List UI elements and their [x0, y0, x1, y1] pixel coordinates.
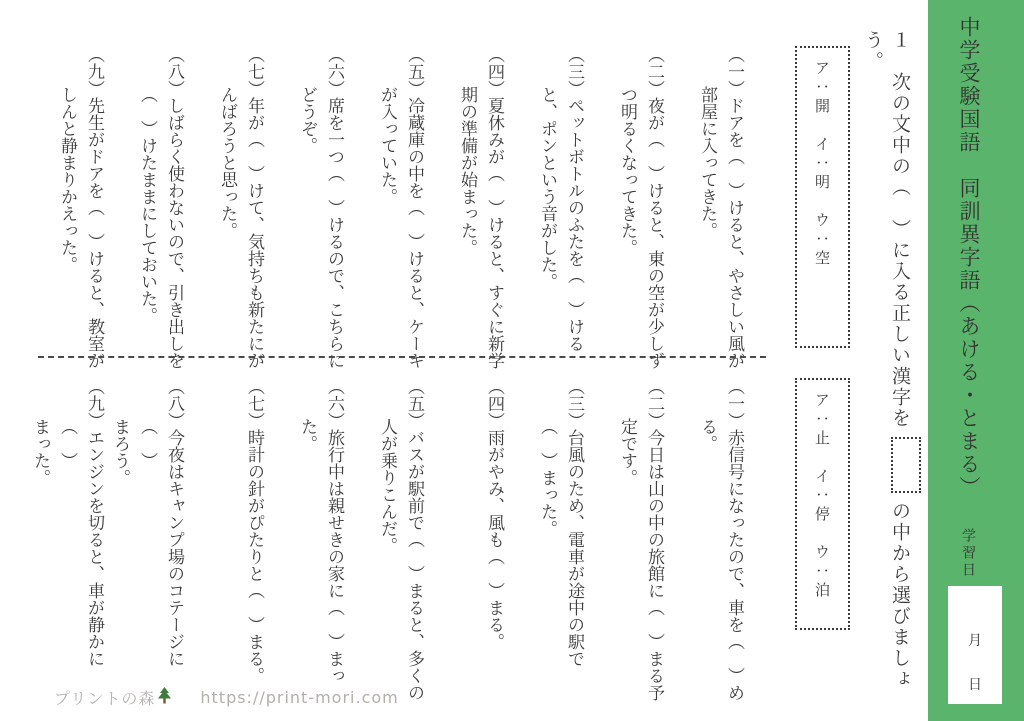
- question-label: （三）: [564, 46, 584, 97]
- question-item: （一）ドアを（ ）けると、やさしい風が 部屋に入ってきた。: [667, 46, 747, 370]
- study-date-box: 月 日: [948, 586, 1002, 704]
- site-name: プリントの森: [54, 686, 155, 709]
- question-text: 席を一つ（ ）けるので、こちらに どうぞ。: [297, 86, 344, 369]
- question-text: 旅行中は親せきの家に（ ）まった。: [297, 418, 344, 684]
- question-text: 今夜はキャンプ場のコテージに（ ） まろう。: [110, 418, 184, 667]
- question-text: 雨がやみ、風も（ ）まる。: [484, 429, 504, 650]
- site-url: https://print-mori.com: [200, 688, 398, 707]
- question-item: （三）ペットボトルのふたを（ ）ける と、ポンという音がした。: [507, 46, 587, 370]
- question-item: （六）旅行中は親せきの家に（ ）まった。: [267, 378, 347, 702]
- question-text: 年が（ ）けて、気持ちも新たにが んばろうと思った。: [217, 86, 264, 369]
- question-label: （九）: [84, 378, 104, 429]
- question-label: （五）: [404, 378, 424, 429]
- question-label: （六）: [324, 378, 344, 429]
- worksheet-title: 中学受験国語 同訓異字語（あける・とまる）: [954, 16, 984, 499]
- question-item: （二）今日は山の中の旅館に（ ）まる予 定です。: [587, 378, 667, 702]
- question-label: （六）: [324, 46, 344, 97]
- choices-box-1: ア：開 イ：明 ウ：空: [795, 46, 850, 348]
- question-text: ペットボトルのふたを（ ）ける と、ポンという音がした。: [537, 86, 584, 352]
- question-label: （三）: [564, 378, 584, 429]
- instruction-text-before: 次の文中の（ ）に入る正しい漢字を: [889, 51, 911, 429]
- question-text: 夏休みが（ ）けると、すぐに新学 期の準備が始まった。: [457, 86, 504, 369]
- question-text: 台風のため、電車が途中の駅で （ ）まった。: [537, 418, 584, 667]
- question-text: エンジンを切ると、車が静かに（ ） まった。: [30, 418, 104, 667]
- question-label: （二）: [644, 378, 664, 429]
- question-label: （七）: [244, 378, 264, 429]
- question-label: （二）: [644, 46, 664, 97]
- worksheet-page: １ 次の文中の（ ）に入る正しい漢字をの中から選びましょう。 ア：開 イ：明 ウ…: [0, 0, 1024, 721]
- question-label: （一）: [724, 378, 744, 429]
- month-label: 月: [968, 630, 982, 650]
- question-item: （二）夜が（ ）けると、東の空が少しず つ明るくなってきた。: [587, 46, 667, 370]
- choices-text-2: ア：止 イ：停 ウ：泊: [812, 380, 833, 601]
- question-label: （九）: [84, 46, 104, 97]
- answer-choices-blank-box: [891, 437, 921, 493]
- question-section-1: ア：開 イ：明 ウ：空（一）ドアを（ ）けると、やさしい風が 部屋に入ってきた。…: [26, 46, 850, 370]
- question-item: （七）時計の針がぴたりと（ ）まる。: [187, 378, 267, 702]
- question-text: 今日は山の中の旅館に（ ）まる予 定です。: [617, 418, 664, 701]
- green-banner: 中学受験国語 同訓異字語（あける・とまる） 学習日 月 日: [928, 0, 1024, 721]
- choices-text-1: ア：開 イ：明 ウ：空: [812, 48, 833, 269]
- question-item: （八）しばらく使わないので、引き出しを （ ）けたままにしておいた。: [107, 46, 187, 370]
- instruction-column: １ 次の文中の（ ）に入る正しい漢字をの中から選びましょう。: [860, 30, 923, 714]
- question-text: ドアを（ ）けると、やさしい風が 部屋に入ってきた。: [697, 86, 744, 369]
- question-section-2: ア：止 イ：停 ウ：泊（一）赤信号になったので、車を（ ）め る。（二）今日は山…: [26, 378, 850, 702]
- question-item: （八）今夜はキャンプ場のコテージに（ ） まろう。: [107, 378, 187, 702]
- question-item: （一）赤信号になったので、車を（ ）め る。: [667, 378, 747, 702]
- question-text: しばらく使わないので、引き出しを （ ）けたままにしておいた。: [137, 86, 184, 369]
- question-item: （五）冷蔵庫の中を（ ）けると、ケーキ が入っていた。: [347, 46, 427, 370]
- question-label: （五）: [404, 46, 424, 97]
- question-label: （七）: [244, 46, 264, 97]
- section-divider: [38, 356, 766, 358]
- study-date-label: 学習日: [958, 528, 978, 579]
- question-item: （七）年が（ ）けて、気持ちも新たにが んばろうと思った。: [187, 46, 267, 370]
- question-label: （八）: [164, 46, 184, 97]
- question-text: 先生がドアを（ ）けると、教室が しんと静まりかえった。: [57, 86, 104, 369]
- choices-box-2: ア：止 イ：停 ウ：泊: [795, 378, 850, 630]
- evergreen-tree-icon: [157, 687, 172, 708]
- instruction-number: １: [889, 30, 911, 51]
- question-item: （六）席を一つ（ ）けるので、こちらに どうぞ。: [267, 46, 347, 370]
- question-text: 時計の針がぴたりと（ ）まる。: [244, 429, 264, 684]
- question-label: （八）: [164, 378, 184, 429]
- question-item: （三）台風のため、電車が途中の駅で （ ）まった。: [507, 378, 587, 702]
- footer: プリントの森 https://print-mori.com: [54, 686, 399, 709]
- question-text: バスが駅前で（ ）まると、多くの 人が乗りこんだ。: [377, 418, 424, 701]
- question-item: （九）先生がドアを（ ）けると、教室が しんと静まりかえった。: [27, 46, 107, 370]
- question-item: （四）夏休みが（ ）けると、すぐに新学 期の準備が始まった。: [427, 46, 507, 370]
- question-item: （九）エンジンを切ると、車が静かに（ ） まった。: [27, 378, 107, 702]
- question-label: （一）: [724, 46, 744, 97]
- question-text: 冷蔵庫の中を（ ）けると、ケーキ が入っていた。: [377, 86, 424, 369]
- question-text: 赤信号になったので、車を（ ）め る。: [697, 418, 744, 701]
- question-text: 夜が（ ）けると、東の空が少しず つ明るくなってきた。: [617, 86, 664, 369]
- day-label: 日: [968, 674, 982, 694]
- question-item: （五）バスが駅前で（ ）まると、多くの 人が乗りこんだ。: [347, 378, 427, 702]
- question-label: （四）: [484, 378, 504, 429]
- question-item: （四）雨がやみ、風も（ ）まる。: [427, 378, 507, 702]
- question-label: （四）: [484, 46, 504, 97]
